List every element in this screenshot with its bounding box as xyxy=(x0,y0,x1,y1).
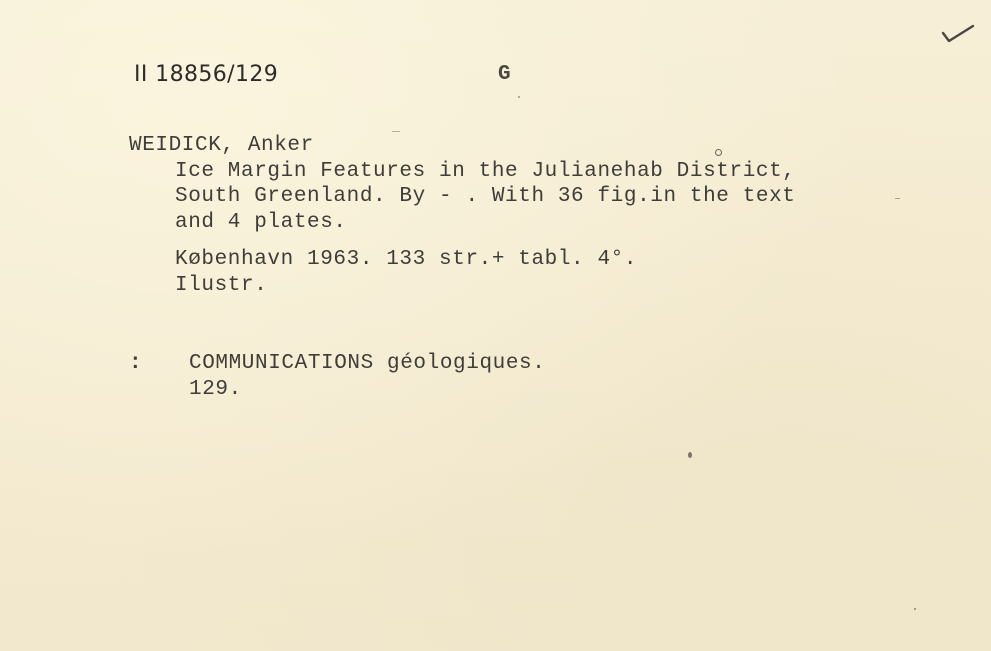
paper-speck xyxy=(688,452,692,458)
stray-mark xyxy=(392,131,400,132)
series-prefix: : xyxy=(129,352,142,376)
imprint-line: København 1963. 133 str.+ tabl. 4°. xyxy=(175,248,637,272)
imprint-line: Ilustr. xyxy=(175,274,267,298)
title-line: Ice Margin Features in the Julianehab Di… xyxy=(175,160,796,184)
checkmark-icon xyxy=(940,22,976,46)
title-line: and 4 plates. xyxy=(175,211,347,235)
catalog-card: II 18856/129 G WEIDICK, Anker Ice Margin… xyxy=(0,0,991,651)
paper-speck xyxy=(518,96,520,98)
paper-speck xyxy=(914,608,916,610)
title-line: South Greenland. By - . With 36 fig.in t… xyxy=(175,185,796,209)
series-line: COMMUNICATIONS géologiques. xyxy=(189,352,545,376)
ring-mark-icon xyxy=(715,149,722,156)
series-line: 129. xyxy=(189,378,242,402)
call-number: II 18856/129 xyxy=(134,63,278,87)
stray-mark xyxy=(895,198,900,199)
classification-letter: G xyxy=(498,63,511,87)
author-heading: WEIDICK, Anker xyxy=(129,134,314,158)
